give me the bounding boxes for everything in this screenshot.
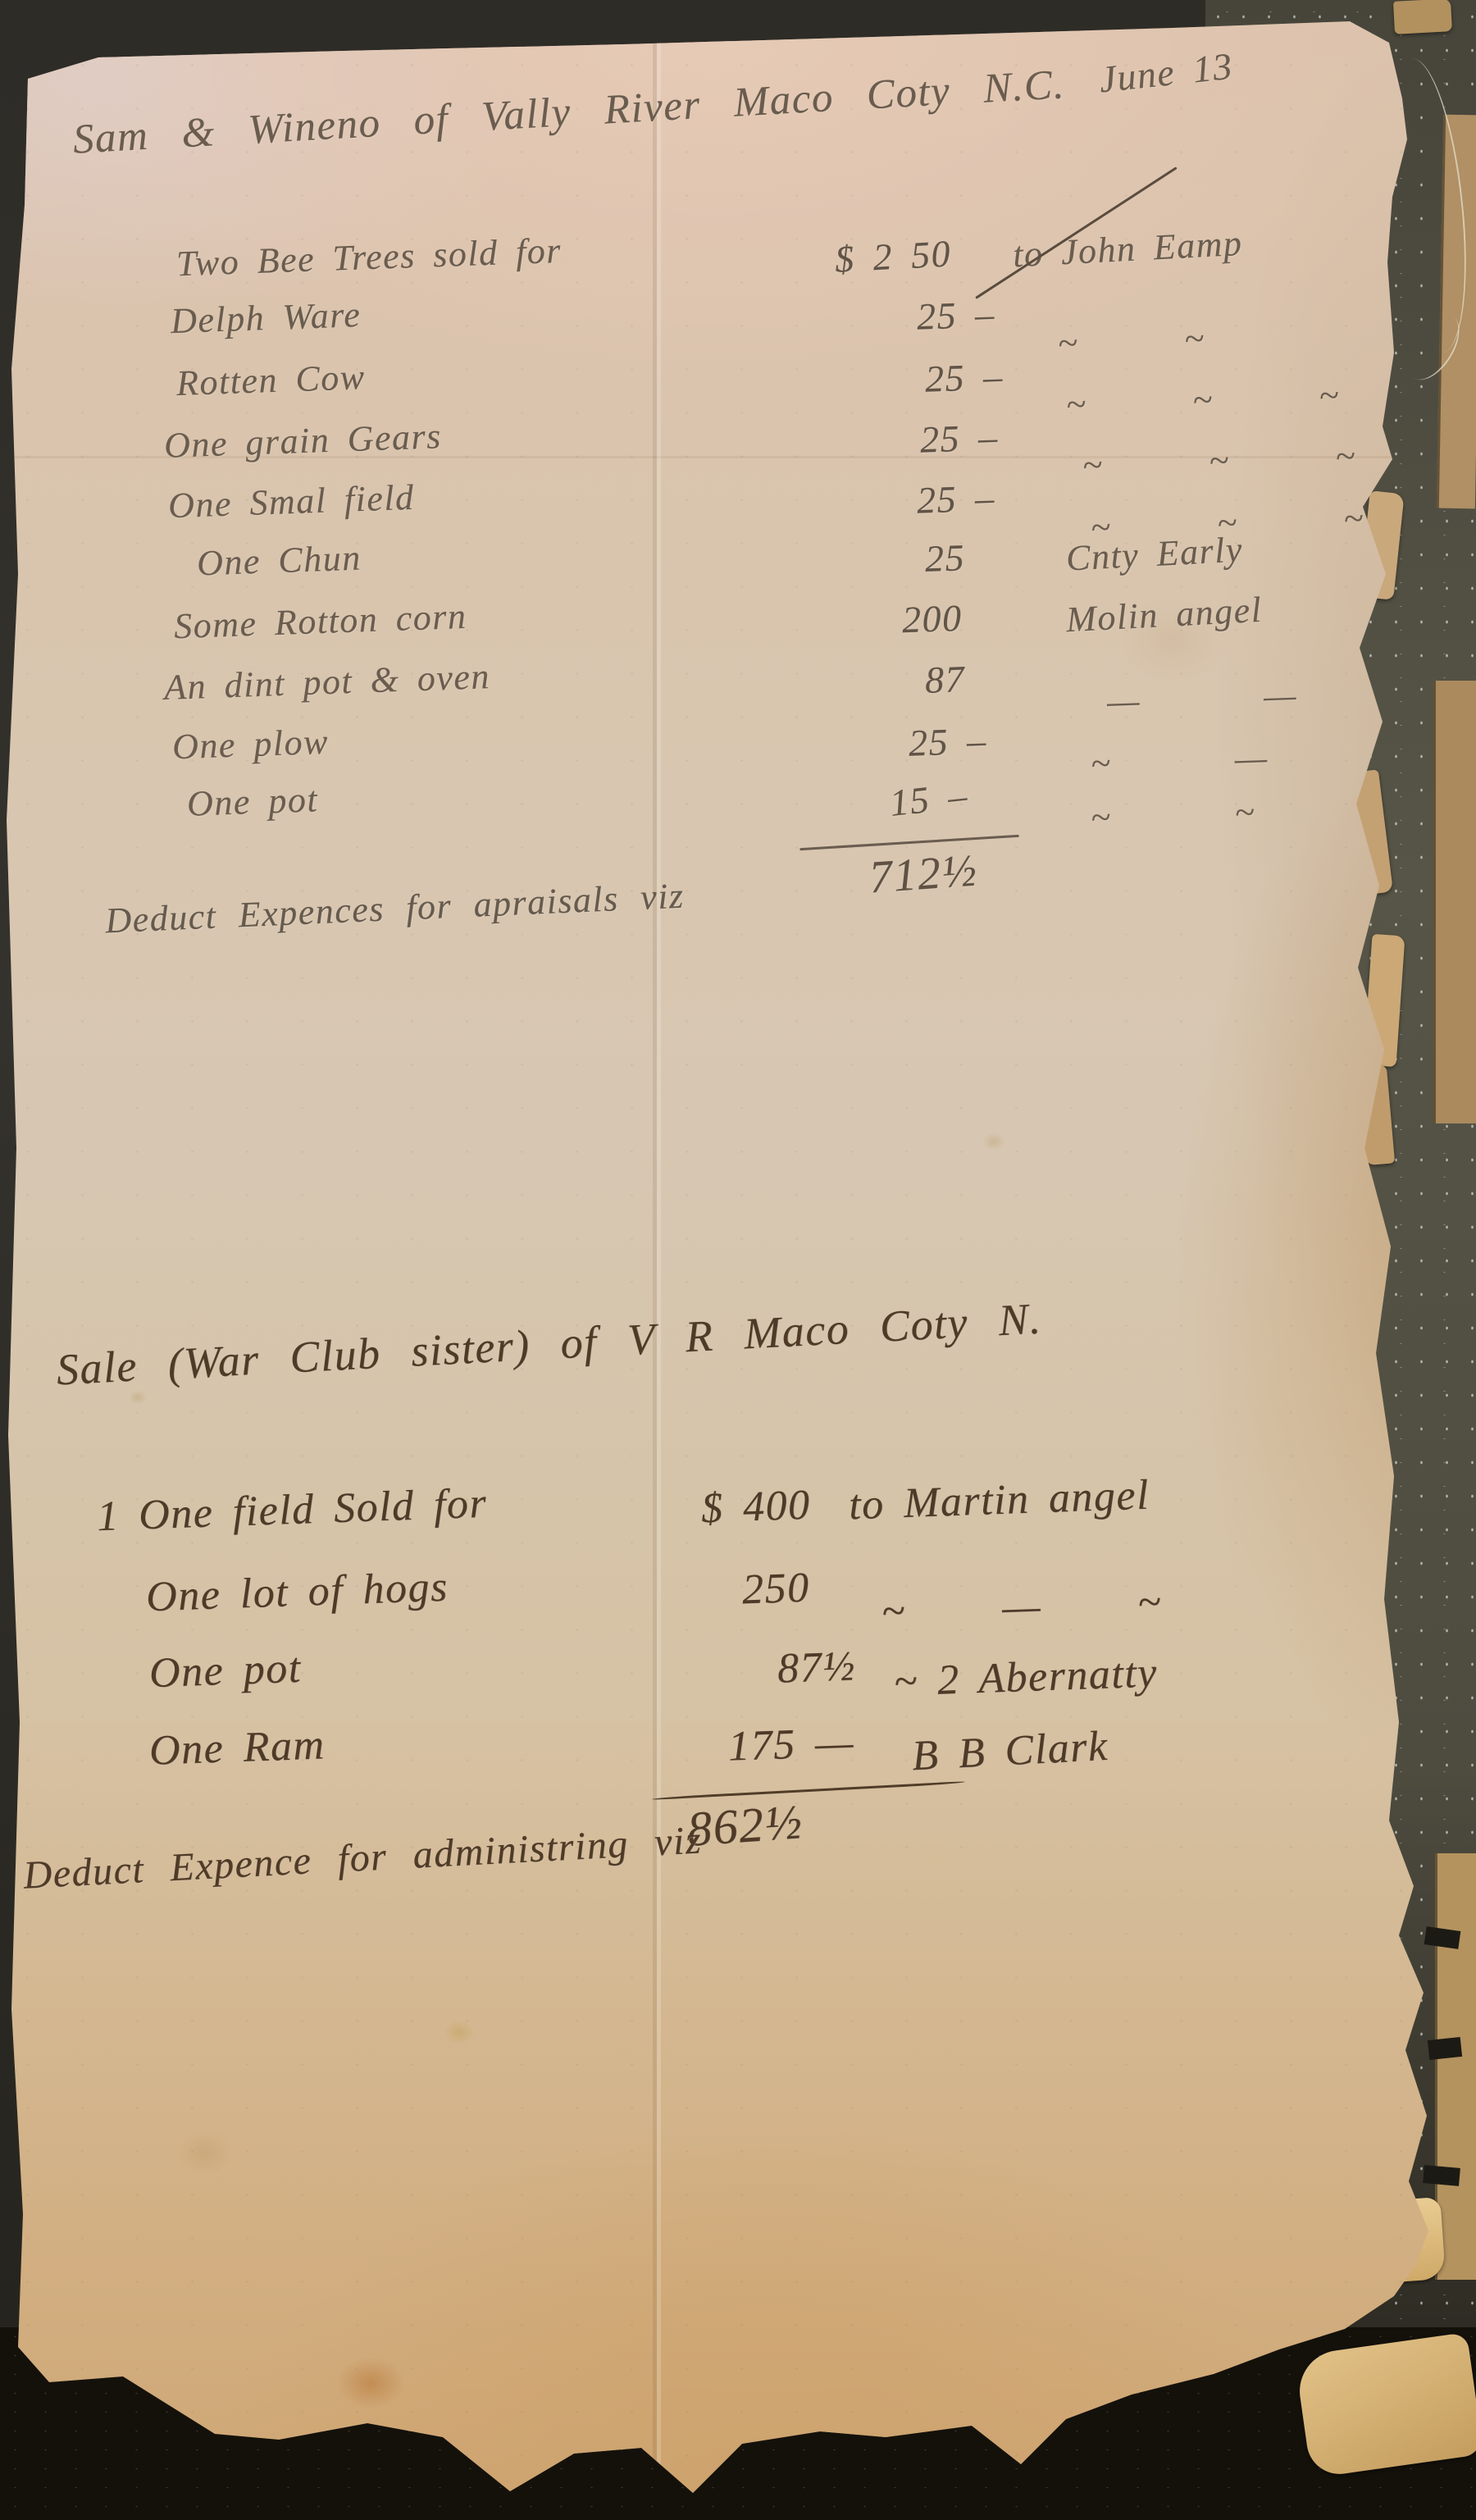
photo-background: June 13 Sam & Wineno of Vally River Maco…: [0, 0, 1476, 2520]
row-amount: 175 —: [727, 1718, 855, 1770]
row-item: One Chun: [196, 537, 362, 585]
section1-deduct-note: Deduct Expences for apraisals viz: [104, 875, 685, 942]
row-item: One pot: [186, 778, 319, 825]
row-note: ~ —: [1090, 736, 1269, 785]
row-amount: 25 –: [919, 415, 999, 461]
row-item: One Ram: [148, 1720, 326, 1775]
row-item: One pot: [148, 1644, 303, 1697]
row-item: One grain Gears: [163, 415, 442, 467]
row-item: Two Bee Trees sold for: [175, 230, 562, 285]
row-amount: 200: [901, 596, 963, 642]
manuscript-page: June 13 Sam & Wineno of Vally River Maco…: [0, 0, 1476, 2520]
page-title: Sam & Wineno of Vally River Maco Coty N.…: [71, 61, 1066, 164]
row-note: ~ ~: [1090, 791, 1256, 839]
row-note: ~ ~: [1057, 317, 1205, 364]
row-amount: 15 –: [887, 773, 970, 825]
binding-gap: [1428, 2037, 1462, 2060]
torn-fragment: [1393, 0, 1452, 34]
binding-gap: [1423, 2165, 1460, 2186]
row-amount: 87: [924, 657, 966, 702]
sum-line: [652, 1781, 965, 1800]
row-amount: 87½: [777, 1642, 857, 1693]
row-amount: 25 –: [916, 292, 995, 338]
row-note: Molin angel: [1065, 589, 1264, 640]
row-note: B B Clark: [911, 1722, 1109, 1780]
section2-deduct-note: Deduct Expence for administring viz: [22, 1817, 703, 1898]
row-amount: $ 2 50: [834, 231, 953, 280]
row-item: One plow: [171, 721, 330, 768]
row-note: to John Eamp: [1012, 222, 1244, 276]
row-amount: 250: [741, 1564, 811, 1615]
section2-header: Sale (War Club sister) of V R Maco Coty …: [55, 1293, 1043, 1396]
row-note: ~ ~ ~: [1065, 374, 1340, 426]
curled-corner-flap: [1295, 2332, 1476, 2478]
underlying-page-edge: [1433, 681, 1476, 1123]
section1-total: 712½: [868, 844, 979, 904]
row-item: Some Rotton corn: [173, 595, 467, 647]
sum-line: [799, 835, 1019, 850]
row-note: ~ ~ ~: [1082, 435, 1356, 486]
row-item: Rotten Cow: [175, 356, 366, 404]
row-amount: 25 –: [924, 354, 1004, 400]
row-amount: 25: [924, 535, 966, 581]
row-note: Cnty Early: [1065, 528, 1244, 579]
row-item: An dint pot & oven: [163, 655, 490, 709]
row-amount: $ 400: [700, 1481, 811, 1533]
date-heading: June 13: [1097, 44, 1235, 102]
row-item: Delph Ware: [170, 294, 362, 342]
row-amount: 25 –: [916, 476, 995, 522]
row-amount: 25 –: [908, 718, 987, 764]
row-note: — —: [1106, 674, 1297, 722]
row-note: ~ 2 Abernatty: [893, 1648, 1159, 1706]
row-item: One Smal field: [167, 476, 415, 526]
row-item: 1 One field Sold for: [96, 1479, 488, 1542]
row-note: ~ — ~: [881, 1578, 1163, 1636]
row-note: to Martin angel: [848, 1471, 1150, 1530]
section2-total: 862½: [686, 1793, 804, 1858]
row-item: One lot of hogs: [145, 1563, 449, 1622]
